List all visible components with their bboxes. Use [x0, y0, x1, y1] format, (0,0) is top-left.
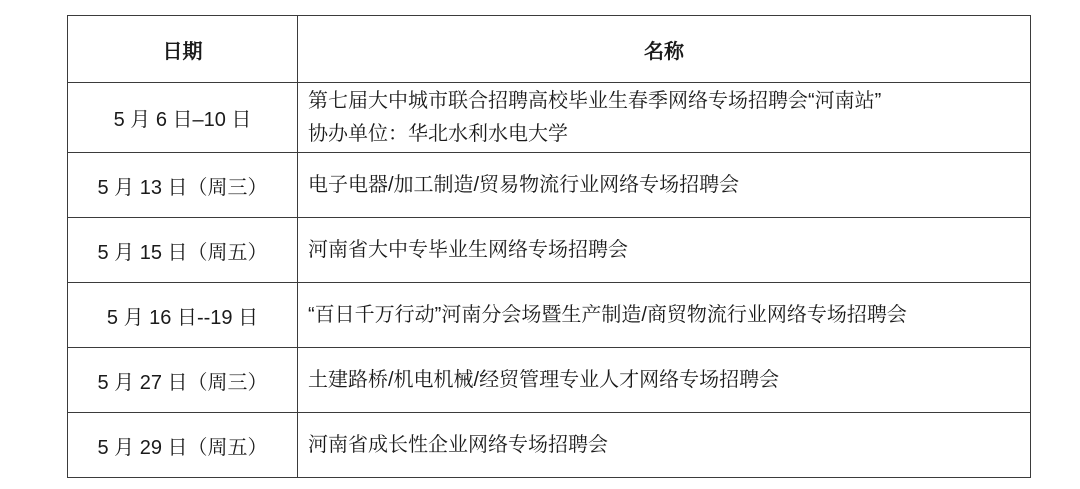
- date-cell: 5 月 27 日（周三）: [68, 348, 298, 413]
- table-row: 5 月 13 日（周三） 电子电器/加工制造/贸易物流行业网络专场招聘会: [68, 153, 1031, 218]
- name-line: 第七届大中城市联合招聘高校毕业生春季网络专场招聘会“河南站”: [308, 85, 1020, 118]
- table-row: 5 月 27 日（周三） 土建路桥/机电机械/经贸管理专业人才网络专场招聘会: [68, 348, 1031, 413]
- name-cell: 第七届大中城市联合招聘高校毕业生春季网络专场招聘会“河南站” 协办单位：华北水利…: [298, 83, 1031, 153]
- header-cell-date: 日期: [68, 16, 298, 83]
- recruitment-schedule-table: 日期 名称 5 月 6 日–10 日 第七届大中城市联合招聘高校毕业生春季网络专…: [67, 15, 1031, 478]
- date-cell: 5 月 6 日–10 日: [68, 83, 298, 153]
- header-cell-name: 名称: [298, 16, 1031, 83]
- name-line: 河南省大中专毕业生网络专场招聘会: [308, 234, 1020, 267]
- table-row: 5 月 6 日–10 日 第七届大中城市联合招聘高校毕业生春季网络专场招聘会“河…: [68, 83, 1031, 153]
- name-line: 电子电器/加工制造/贸易物流行业网络专场招聘会: [308, 169, 1020, 202]
- date-cell: 5 月 15 日（周五）: [68, 218, 298, 283]
- name-cell: “百日千万行动”河南分会场暨生产制造/商贸物流行业网络专场招聘会: [298, 283, 1031, 348]
- name-cell: 电子电器/加工制造/贸易物流行业网络专场招聘会: [298, 153, 1031, 218]
- table-row: 5 月 15 日（周五） 河南省大中专毕业生网络专场招聘会: [68, 218, 1031, 283]
- name-line: 土建路桥/机电机械/经贸管理专业人才网络专场招聘会: [308, 364, 1020, 397]
- table-row: 5 月 29 日（周五） 河南省成长性企业网络专场招聘会: [68, 413, 1031, 478]
- name-cell: 河南省成长性企业网络专场招聘会: [298, 413, 1031, 478]
- name-cell: 河南省大中专毕业生网络专场招聘会: [298, 218, 1031, 283]
- name-line: 河南省成长性企业网络专场招聘会: [308, 429, 1020, 462]
- name-line: 协办单位：华北水利水电大学: [308, 118, 1020, 151]
- name-line: “百日千万行动”河南分会场暨生产制造/商贸物流行业网络专场招聘会: [308, 299, 1020, 332]
- table-row: 5 月 16 日--19 日 “百日千万行动”河南分会场暨生产制造/商贸物流行业…: [68, 283, 1031, 348]
- date-cell: 5 月 29 日（周五）: [68, 413, 298, 478]
- date-cell: 5 月 13 日（周三）: [68, 153, 298, 218]
- date-cell: 5 月 16 日--19 日: [68, 283, 298, 348]
- name-cell: 土建路桥/机电机械/经贸管理专业人才网络专场招聘会: [298, 348, 1031, 413]
- table-header-row: 日期 名称: [68, 16, 1031, 83]
